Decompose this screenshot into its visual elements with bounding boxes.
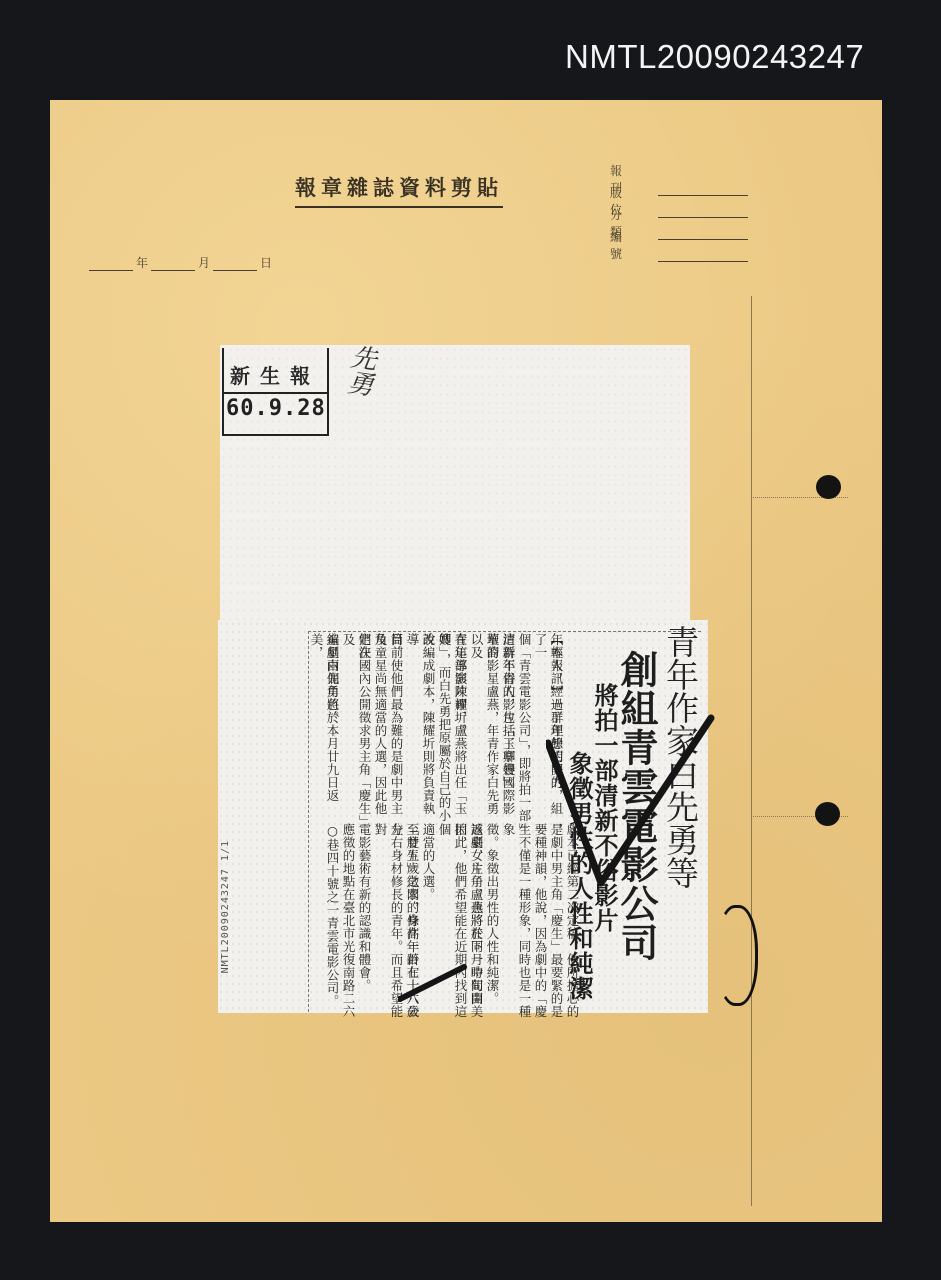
field-number: 編號 — [610, 240, 748, 262]
body-column: 電影藝術有新的認識和體會。 — [356, 823, 372, 1018]
stamp-divider — [224, 392, 327, 394]
month-label: 月 — [198, 254, 210, 271]
body-column: ○巷四十號之一青雲電影公司。 — [324, 823, 340, 1018]
body-column: 」不僅是一種形象，同時也是一種象 — [500, 823, 532, 1018]
circled-name-mark — [716, 905, 758, 1006]
archive-id-label: NMTL20090243247 — [565, 38, 864, 76]
day-blank — [213, 258, 257, 271]
body-column: 徵。象徵出男性的人性和純潔。 — [484, 823, 500, 1018]
binding-margin-line — [751, 296, 752, 1206]
body-column: 定在國內公開徵求男主角「慶生」及 — [340, 633, 372, 823]
handwritten-headline: 青年作家白先勇等 — [660, 625, 700, 889]
headline: 創組青雲電影公司 — [614, 650, 658, 962]
metadata-fields: 報刊 版位 分類 編號 — [610, 174, 748, 262]
field-blank — [658, 203, 748, 218]
month-blank — [151, 258, 195, 271]
body-column: 左右身材修長的青年。而且希望能對 — [372, 823, 404, 1018]
body-column: 改編成劇本，陳耀圻則將負責執導 — [404, 633, 436, 823]
article: 青年作家白先勇等 創組青雲電影公司 將拍一部清新不俗影片 象徵男性的人性和純潔 … — [308, 623, 708, 1013]
body-column: 個「青雲電影公司」，即將拍一部 — [516, 633, 532, 823]
subheadline-1: 將拍一部清新不俗影片 — [591, 683, 617, 933]
body-column: 編劇白先勇將於本月廿九日返美， — [308, 633, 340, 823]
stamp-date: 60.9.28 — [226, 396, 326, 421]
field-blank — [658, 181, 748, 196]
year-blank — [89, 258, 133, 271]
body-column: 應徵的地點在臺北市光復南路二六 — [340, 823, 356, 1018]
field-blank — [658, 247, 748, 262]
handwritten-annotation: 先勇 — [339, 342, 383, 399]
date-fields: 年 月 日 — [86, 254, 272, 271]
year-label: 年 — [136, 254, 148, 271]
field-label: 編號 — [610, 228, 658, 262]
stamp-newspaper-name: 新生報 — [230, 360, 320, 389]
newspaper-stamp: 新生報 60.9.28 — [222, 348, 329, 436]
clipping-folder: 報章雜誌資料剪貼 報刊 版位 分類 編號 年 月 日 新生報 — [50, 100, 882, 1222]
body-column: 年輕人，經過了年餘的努力，組了一 — [532, 633, 564, 823]
body-column: 華裔影星盧燕，年青作家白先勇以及 — [468, 633, 500, 823]
form-title: 報章雜誌資料剪貼 — [295, 172, 503, 208]
punch-hole-bottom — [815, 802, 840, 826]
body-column: 因此，他們希望能在近期內找到這個 — [436, 823, 468, 1018]
day-label: 日 — [260, 254, 272, 271]
body-column: 適當的人選。 — [420, 823, 436, 1018]
pencil-archive-note: NMTL20090243247 1/1 — [220, 840, 231, 973]
field-blank — [658, 225, 748, 240]
punch-hole-top — [816, 475, 841, 499]
